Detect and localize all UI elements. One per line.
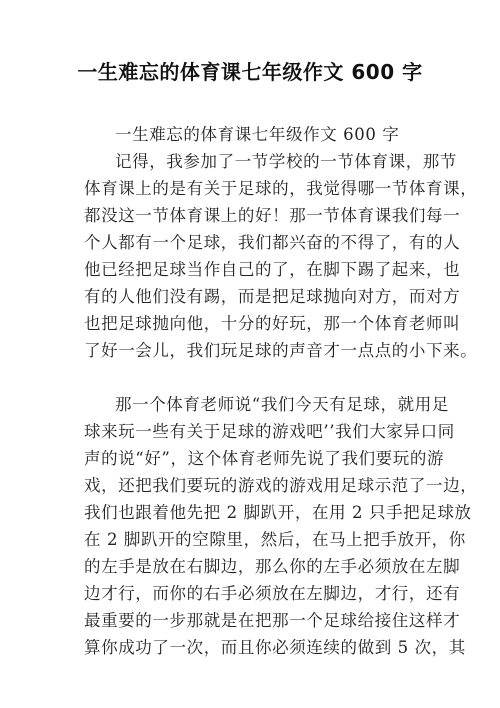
text-line: 记得，我参加了一节学校的一节体育课，那节 [84,148,418,175]
text-line: 都没这一节体育课上的好！那一节体育课我们每一 [84,202,418,229]
text-line: 在 2 脚趴开的空隙里，然后，在马上把手放开，你 [84,526,418,553]
text-line: 最重要的一步那就是在把那一个足球给接住这样才 [84,607,418,634]
text-line: 声的说“好”，这个体育老师先说了我们要玩的游 [84,445,418,472]
text-line: 球来玩一些有关于足球的游戏吧’’我们大家异口同 [84,418,418,445]
document-title: 一生难忘的体育课七年级作文 600 字 [0,58,500,86]
text-line: 边才行，而你的右手必须放在左脚边，才行，还有 [84,580,418,607]
text-line: 那一个体育老师说“我们今天有足球，就用足 [84,391,418,418]
document-page: 一生难忘的体育课七年级作文 600 字 一生难忘的体育课七年级作文 600 字 … [0,0,500,708]
text-line: 体育课上的是有关于足球的，我觉得哪一节体育课， [84,175,418,202]
text-line: 有的人他们没有踢，而是把足球抛向对方，而对方 [84,283,418,310]
paragraph-2: 那一个体育老师说“我们今天有足球，就用足 球来玩一些有关于足球的游戏吧’’我们大… [84,391,418,661]
text-line: 戏，还把我们要玩的游戏的游戏用足球示范了一边， [84,472,418,499]
text-line: 了好一会儿，我们玩足球的声音才一点点的小下来。 [84,337,418,364]
paragraph-gap [84,364,418,391]
text-line: 我们也跟着他先把 2 脚趴开，在用 2 只手把足球放 [84,499,418,526]
document-body: 一生难忘的体育课七年级作文 600 字 记得，我参加了一节学校的一节体育课，那节… [84,121,418,661]
text-line: 也把足球抛向他，十分的好玩，那一个体育老师叫 [84,310,418,337]
text-line: 的左手是放在右脚边，那么你的左手必须放在左脚 [84,553,418,580]
text-line: 算你成功了一次，而且你必须连续的做到 5 次，其 [84,634,418,661]
subtitle-line: 一生难忘的体育课七年级作文 600 字 [84,121,418,148]
paragraph-1: 记得，我参加了一节学校的一节体育课，那节 体育课上的是有关于足球的，我觉得哪一节… [84,148,418,364]
text-line: 他已经把足球当作自己的了，在脚下踢了起来，也 [84,256,418,283]
text-line: 个人都有一个足球，我们都兴奋的不得了，有的人 [84,229,418,256]
